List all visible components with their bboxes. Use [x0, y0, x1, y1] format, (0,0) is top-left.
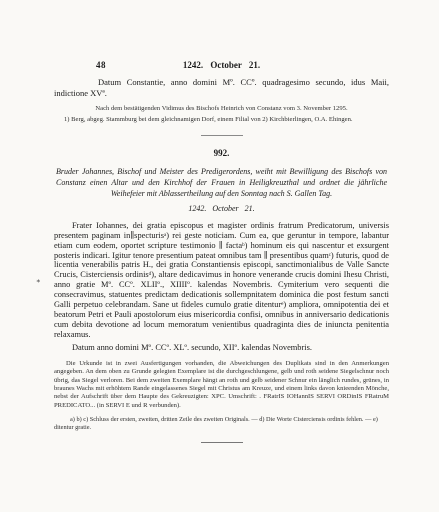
previous-entry-footnote: 1) Berg, abgeg. Stammburg bei dem gleich… — [54, 116, 389, 124]
entry-date-heading: 1242. October 21. — [54, 204, 389, 213]
charter-text: Frater Iohannes, dei gratia episcopus et… — [54, 221, 389, 340]
page-content: 48 1242. October 21. Datum Constantie, a… — [54, 60, 389, 443]
entry-footnotes: a) b) c) Schluss der ersten, zweiten, dr… — [54, 416, 389, 432]
previous-entry-source-note: Nach dem bestätigenden Vidimus des Bisch… — [54, 105, 389, 113]
entry-divider — [201, 135, 243, 136]
bottom-divider — [201, 442, 243, 443]
charter-datum: Datum anno domini Mº. CCº. XLº. secundo,… — [54, 343, 389, 353]
page-number: 48 — [96, 60, 106, 70]
book-page: 48 1242. October 21. Datum Constantie, a… — [0, 0, 439, 512]
entry-number: 992. — [54, 148, 389, 158]
entry-regest: Bruder Johannes, Bischof und Meister des… — [56, 166, 387, 199]
running-head: 48 1242. October 21. — [54, 60, 389, 72]
previous-entry-datum: Datum Constantie, anno domini Mº. CCº. q… — [54, 77, 389, 98]
margin-asterisk: ∗ — [36, 277, 41, 285]
charter-block: ∗ Frater Iohannes, dei gratia episcopus … — [54, 221, 389, 340]
diplomatic-note: Die Urkunde ist in zwei Ausfertigungen v… — [54, 360, 389, 410]
